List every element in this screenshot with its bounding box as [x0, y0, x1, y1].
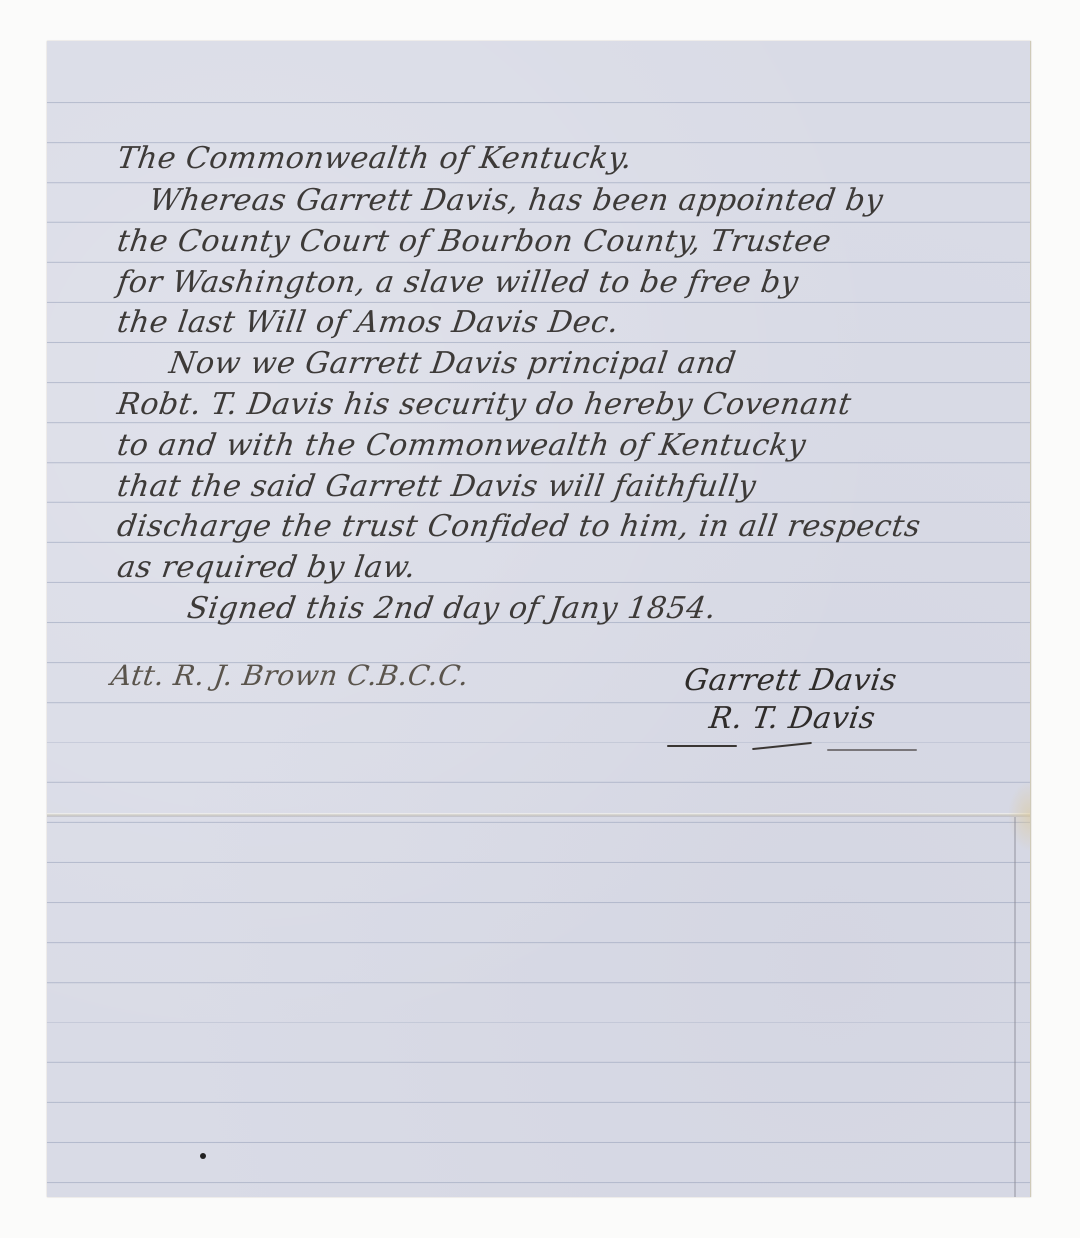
paper-fold [47, 813, 1030, 817]
manuscript-page: The Commonwealth of Kentucky. Whereas Ga… [47, 41, 1031, 1197]
body-line-9: discharge the trust Confided to him, in … [115, 509, 923, 544]
body-line-5: Now we Garrett Davis principal and [167, 346, 738, 381]
body-line-2: the County Court of Bourbon County, Trus… [115, 224, 834, 259]
body-line-8: that the said Garrett Davis will faithfu… [115, 469, 758, 504]
body-line-3: for Washington, a slave willed to be fre… [115, 265, 801, 300]
signature-garrett-davis: Garrett Davis [682, 663, 899, 698]
body-line-10: as required by law. [115, 550, 418, 585]
body-line-4: the last Will of Amos Davis Dec. [115, 305, 621, 340]
body-line-7: to and with the Commonwealth of Kentucky [115, 428, 808, 463]
body-line-1: Whereas Garrett Davis, has been appointe… [147, 183, 885, 218]
signed-date-line: Signed this 2nd day of Jany 1854. [185, 591, 719, 626]
attestation: Att. R. J. Brown C.B.C.C. [109, 659, 471, 692]
signature-rt-davis: R. T. Davis [707, 701, 878, 736]
ink-spot [200, 1153, 206, 1159]
signature-flourish [667, 745, 737, 747]
fold-stain [1008, 781, 1030, 851]
document-heading: The Commonwealth of Kentucky. [115, 141, 634, 176]
body-line-6: Robt. T. Davis his security do hereby Co… [115, 387, 854, 422]
signature-flourish [827, 749, 917, 751]
edge-tear [1014, 817, 1016, 1197]
